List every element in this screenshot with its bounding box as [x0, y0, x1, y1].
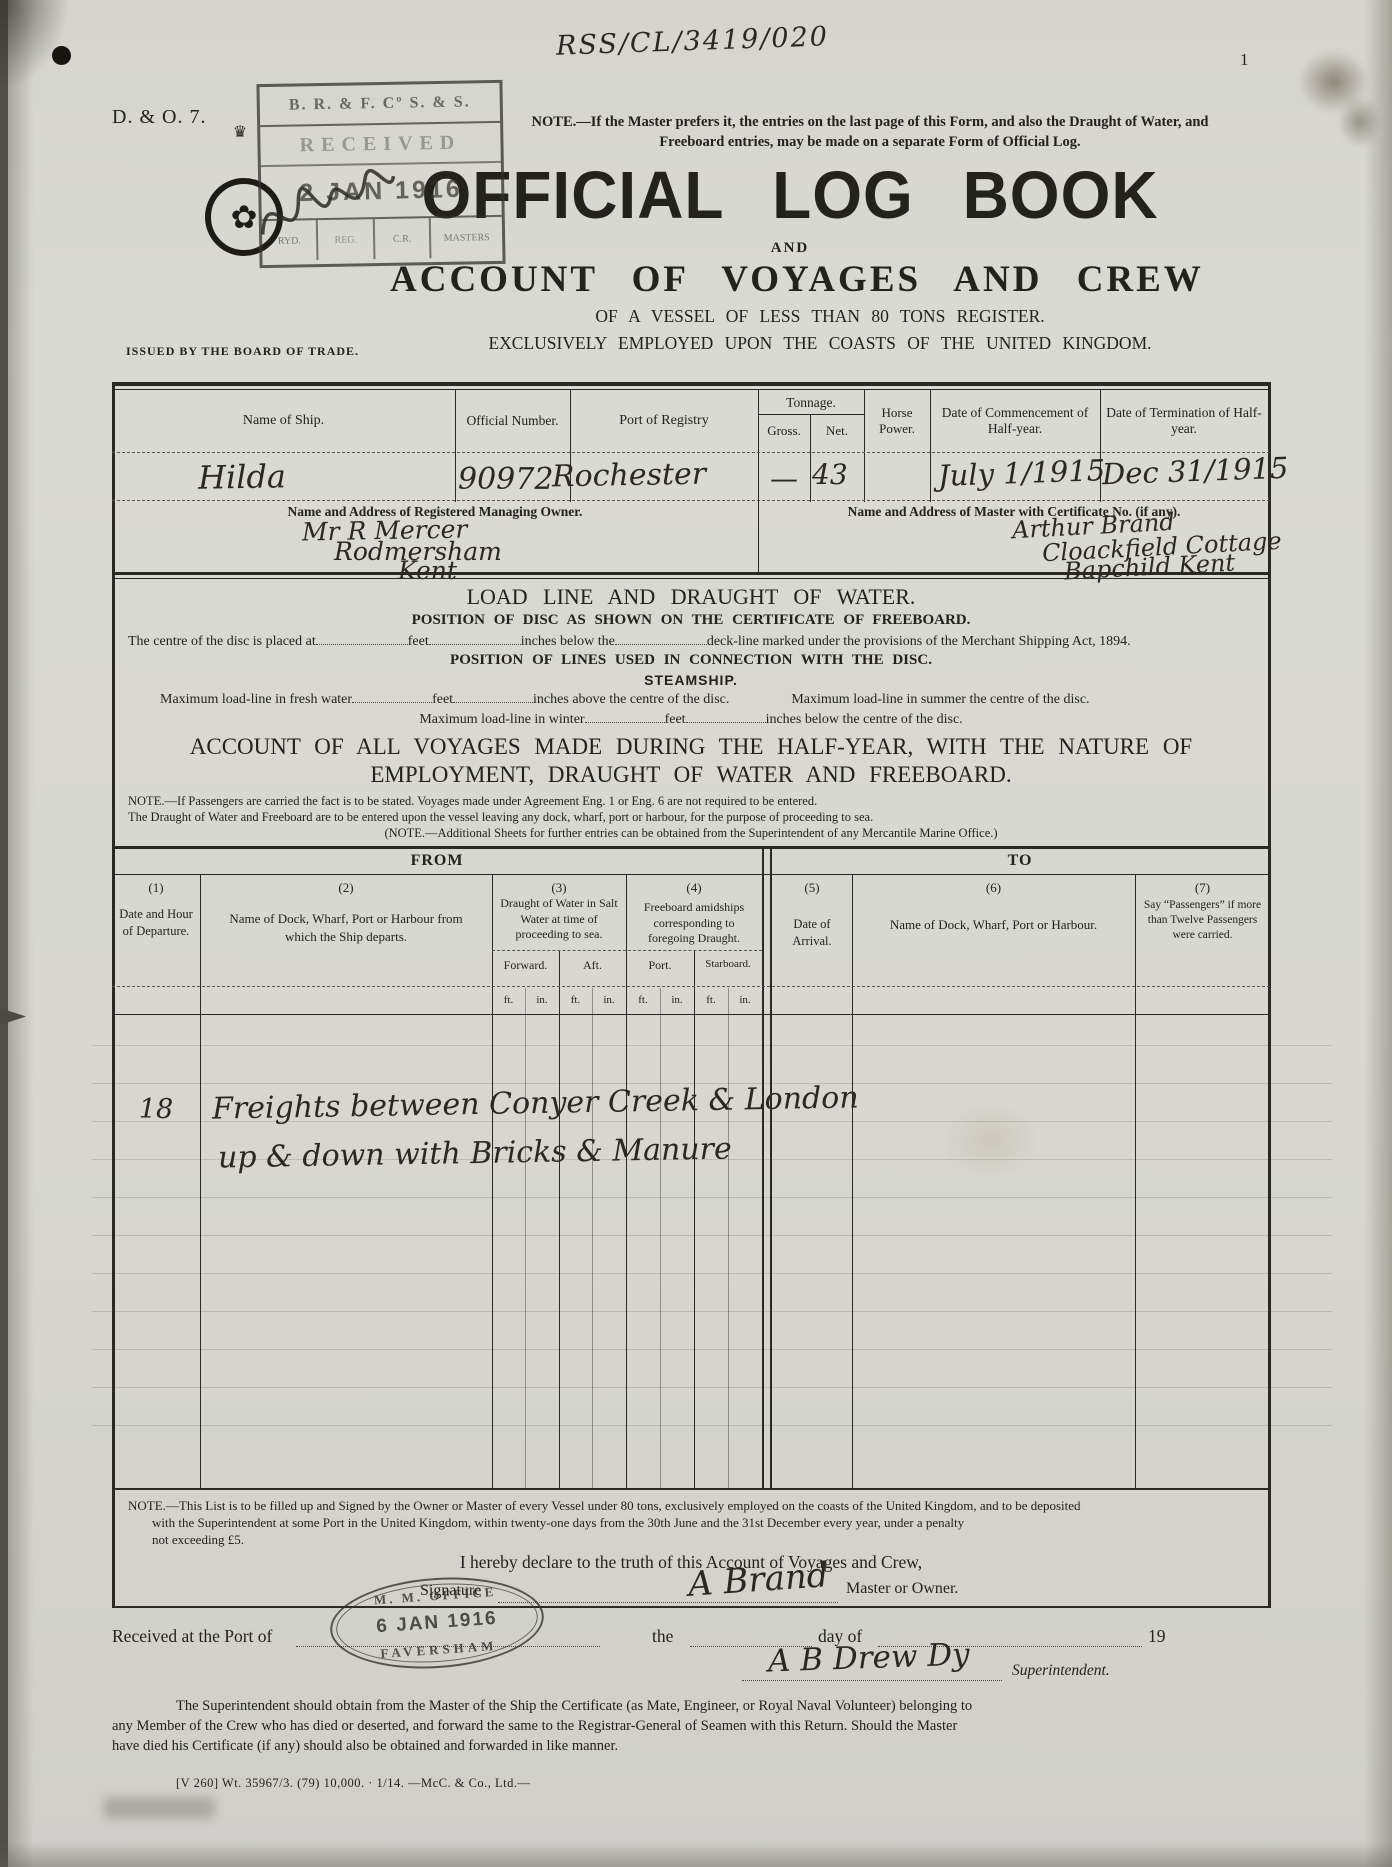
starboard-subheader: Starboard. [694, 958, 762, 970]
col6-header: Name of Dock, Wharf, Port or Harbour. [872, 916, 1115, 934]
column-divider [810, 414, 811, 502]
tonnage-gross-value: — [770, 462, 798, 495]
winter-text-a: Maximum load-line in winter [419, 712, 584, 727]
winter-text-c: inches below the centre of the disc. [766, 712, 963, 727]
bottom-edge-shadow [0, 1842, 1392, 1867]
right-edge-shadow [1364, 0, 1392, 1867]
top-right-smudge [1298, 50, 1370, 114]
voyages-note2: The Draught of Water and Freeboard are t… [128, 810, 873, 825]
title-conjunction: AND [410, 240, 1170, 257]
column-divider [864, 389, 865, 502]
col-header-termination: Date of Termination of Half-year. [1104, 392, 1264, 450]
left-margin-nick [0, 1008, 26, 1025]
owner-county-value: Kent [398, 556, 457, 585]
forward-subheader: Forward. [492, 958, 559, 973]
termination-value: Dec 31/1915 [1101, 451, 1288, 491]
header-note-line1: NOTE.—If the Master prefers it, the entr… [470, 114, 1270, 131]
stamp-office-date: 6 JAN 1916 [376, 1608, 499, 1638]
col-header-tonnage: Tonnage. [760, 392, 862, 414]
from-label: FROM [112, 852, 762, 870]
form-bottom-rule [112, 1606, 1271, 1608]
col3-header: Draught of Water in Salt Water at time o… [495, 896, 623, 943]
column-divider [200, 874, 201, 1488]
value-underline [112, 500, 1270, 501]
to-label: TO [770, 852, 1270, 870]
vessel-line: OF A VESSEL OF LESS THAN 80 TONS REGISTE… [440, 306, 1200, 327]
steamship-heading: STEAMSHIP. [112, 672, 1270, 688]
from-to-double-divider [770, 846, 772, 1488]
fresh-text-b: feet [432, 692, 453, 707]
stamp-office-line: M. M. OFFICE [373, 1584, 496, 1609]
ship-name-value: Hilda [198, 457, 287, 497]
column-divider [559, 950, 560, 1488]
stamp-cell: C.R. [393, 233, 412, 244]
closing-paragraph-line2: any Member of the Crew who has died or d… [112, 1718, 957, 1735]
page-title: OFFICIAL LOG BOOK [410, 156, 1170, 234]
disc-text-a: The centre of the disc is placed at [128, 634, 316, 649]
ft-unit: ft. [559, 994, 592, 1006]
voyages-top-rule [112, 846, 1270, 849]
stamp-office-town: FAVERSHAM [380, 1638, 498, 1662]
footer-note-line3: not exceeding £5. [152, 1532, 244, 1548]
col-header-port-of-registry: Port of Registry [572, 392, 756, 450]
form-right-border [1268, 382, 1271, 1608]
coasts-line: EXCLUSIVELY EMPLOYED UPON THE COASTS OF … [400, 333, 1240, 354]
col-header-official-number: Official Number. [457, 392, 568, 450]
winter-fill-line: Maximum load-line in winterfeetinches be… [112, 710, 1270, 728]
col-header-commencement: Date of Commencement of Half-year. [934, 392, 1096, 450]
closing-paragraph-line1: The Superintendent should obtain from th… [176, 1698, 972, 1715]
punch-hole-dot [52, 46, 71, 65]
blank-winter-inches [686, 710, 766, 723]
tonnage-sub-rule [758, 414, 864, 415]
blank-fresh-inches [453, 690, 533, 703]
stamp-cell: RYD. [278, 235, 301, 246]
faint-ruled-lines [92, 1008, 1332, 1460]
top-left-corner-shadow [0, 0, 70, 90]
archive-reference-handwritten: RSS/CL/3419/020 [556, 21, 830, 62]
voyages-bottom-rule [112, 1488, 1270, 1490]
scanned-log-book-page: RSS/CL/3419/020 1 D. & O. 7. B. R. & F. … [0, 0, 1392, 1867]
in-unit: in. [525, 994, 559, 1006]
commencement-value: July 1/1915 [937, 453, 1105, 493]
the-label: the [652, 1626, 673, 1647]
page-number: 1 [1240, 50, 1249, 70]
ft-unit: ft. [694, 994, 728, 1006]
stamp-received-label: RECEIVED [299, 131, 461, 157]
col-header-horse-power: Horse Power. [866, 392, 928, 450]
ft-in-divider [660, 988, 661, 1488]
port-subheader: Port. [626, 958, 694, 973]
subheader-rule [492, 950, 762, 951]
column-divider [852, 874, 853, 1488]
right-edge-smudge [1338, 96, 1382, 148]
blank-winter-feet [585, 710, 665, 723]
ft-unit: ft. [626, 994, 660, 1006]
position-of-disc-heading: POSITION OF DISC AS SHOWN ON THE CERTIFI… [112, 612, 1270, 629]
port-of-registry-value: Rochester [552, 457, 707, 495]
printer-imprint: [V 260] Wt. 35967/3. (79) 10,000. · 1/14… [176, 1776, 531, 1791]
superintendent-line [742, 1680, 1002, 1681]
voyages-heading-line1: ACCOUNT OF ALL VOYAGES MADE DURING THE H… [112, 734, 1270, 760]
in-unit: in. [660, 994, 694, 1006]
col4-number: (4) [626, 880, 762, 896]
voyages-note1: NOTE.—If Passengers are carried the fact… [128, 794, 817, 809]
page-subtitle: ACCOUNT OF VOYAGES AND CREW [390, 258, 1190, 301]
col1-header: Date and Hour of Departure. [116, 906, 196, 940]
stamp-date: 2 JAN 1916 [299, 174, 463, 207]
col-header-name-of-ship: Name of Ship. [116, 392, 451, 450]
disc-fill-line: The centre of the disc is placed atfeeti… [128, 632, 1131, 650]
col7-header: Say “Passengers” if more than Twelve Pas… [1139, 898, 1266, 943]
ft-in-divider [592, 988, 593, 1488]
bottom-left-smudge [104, 1798, 214, 1818]
stamp-cell: MASTERS [444, 232, 490, 244]
blank-inches [429, 632, 521, 645]
disc-text-b: feet [408, 634, 429, 649]
receiving-stamp: B. R. & F. Cº S. & S. RECEIVED 2 JAN 191… [256, 80, 505, 268]
superintendent-signature-value: A B Drew Dy [767, 1636, 970, 1679]
form-left-border [112, 382, 115, 1608]
mm-office-date-stamp: M. M. OFFICE 6 JAN 1916 FAVERSHAM [327, 1571, 547, 1676]
blank-feet [316, 632, 408, 645]
ft-unit: ft. [492, 994, 525, 1006]
col5-number: (5) [772, 880, 852, 896]
col-header-gross: Gross. [760, 416, 808, 446]
closing-paragraph-line3: have died his Certificate (if any) shoul… [112, 1738, 618, 1755]
from-to-bottom-rule [112, 874, 1270, 875]
form-code: D. & O. 7. [112, 106, 206, 129]
col4-header: Freeboard amidships corresponding to for… [629, 900, 759, 947]
form-top-rule [112, 382, 1270, 386]
master-signature-value: A Brand [687, 1555, 830, 1605]
tonnage-net-value: 43 [812, 458, 848, 491]
voyages-heading-line2: EMPLOYMENT, DRAUGHT OF WATER AND FREEBOA… [112, 762, 1270, 788]
position-of-lines-heading: POSITION OF LINES USED IN CONNECTION WIT… [112, 652, 1270, 669]
stamp-company-line: B. R. & F. Cº S. & S. [289, 93, 471, 114]
column-divider [758, 389, 759, 502]
summer-text: Maximum load-line in summer the centre o… [791, 692, 1089, 707]
fresh-text-a: Maximum load-line in fresh water [160, 692, 352, 707]
received-at-port-label: Received at the Port of [112, 1626, 272, 1647]
column-divider [1135, 874, 1136, 1488]
from-to-double-divider [762, 846, 764, 1488]
master-or-owner-label: Master or Owner. [846, 1580, 958, 1598]
header-note-line2: Freeboard entries, may be made on a sepa… [470, 134, 1270, 151]
stamp-cell: REG. [334, 234, 357, 245]
col7-number: (7) [1135, 880, 1270, 896]
column-divider [694, 950, 695, 1488]
winter-text-b: feet [665, 712, 686, 727]
header-body-rule [112, 1014, 1270, 1015]
in-unit: in. [592, 994, 626, 1006]
fresh-text-c: inches above the centre of the disc. [533, 692, 729, 707]
blank-deckline [615, 632, 707, 645]
column-divider [455, 389, 456, 502]
voyages-note3: (NOTE.—Additional Sheets for further ent… [112, 826, 1270, 841]
footer-note-line1: NOTE.—This List is to be filled up and S… [128, 1498, 1081, 1514]
fresh-water-fill-line: Maximum load-line in fresh waterfeetinch… [160, 690, 1090, 708]
col1-number: (1) [112, 880, 200, 896]
signature-line [498, 1602, 838, 1603]
left-edge-shadow [8, 0, 34, 1867]
in-unit: in. [728, 994, 762, 1006]
ft-in-divider [525, 988, 526, 1488]
column-divider [930, 389, 931, 502]
load-line-heading: LOAD LINE AND DRAUGHT OF WATER. [112, 584, 1270, 610]
col2-number: (2) [200, 880, 492, 896]
col-header-net: Net. [812, 416, 862, 446]
aft-subheader: Aft. [559, 958, 626, 973]
footer-note-line2: with the Superintendent at some Port in … [152, 1515, 964, 1531]
units-rule [112, 986, 1270, 987]
ft-in-divider [728, 988, 729, 1488]
year-prefix: 19 [1148, 1626, 1166, 1647]
superintendent-label: Superintendent. [1012, 1662, 1110, 1680]
col6-number: (6) [852, 880, 1135, 896]
col5-header: Date of Arrival. [774, 916, 850, 950]
disc-text-c: inches below the [521, 634, 615, 649]
disc-text-d: deck-line marked under the provisions of… [707, 634, 1131, 649]
issued-by-line: ISSUED BY THE BOARD OF TRADE. [126, 344, 359, 359]
col3-number: (3) [492, 880, 626, 896]
left-page-edge [0, 0, 8, 1867]
blank-fresh-feet [352, 690, 432, 703]
form-top-rule-thin [112, 389, 1270, 390]
official-number-value: 90972 [458, 462, 553, 497]
col2-header: Name of Dock, Wharf, Port or Harbour fro… [214, 910, 478, 945]
voyage-count-value: 18 [112, 1094, 200, 1125]
